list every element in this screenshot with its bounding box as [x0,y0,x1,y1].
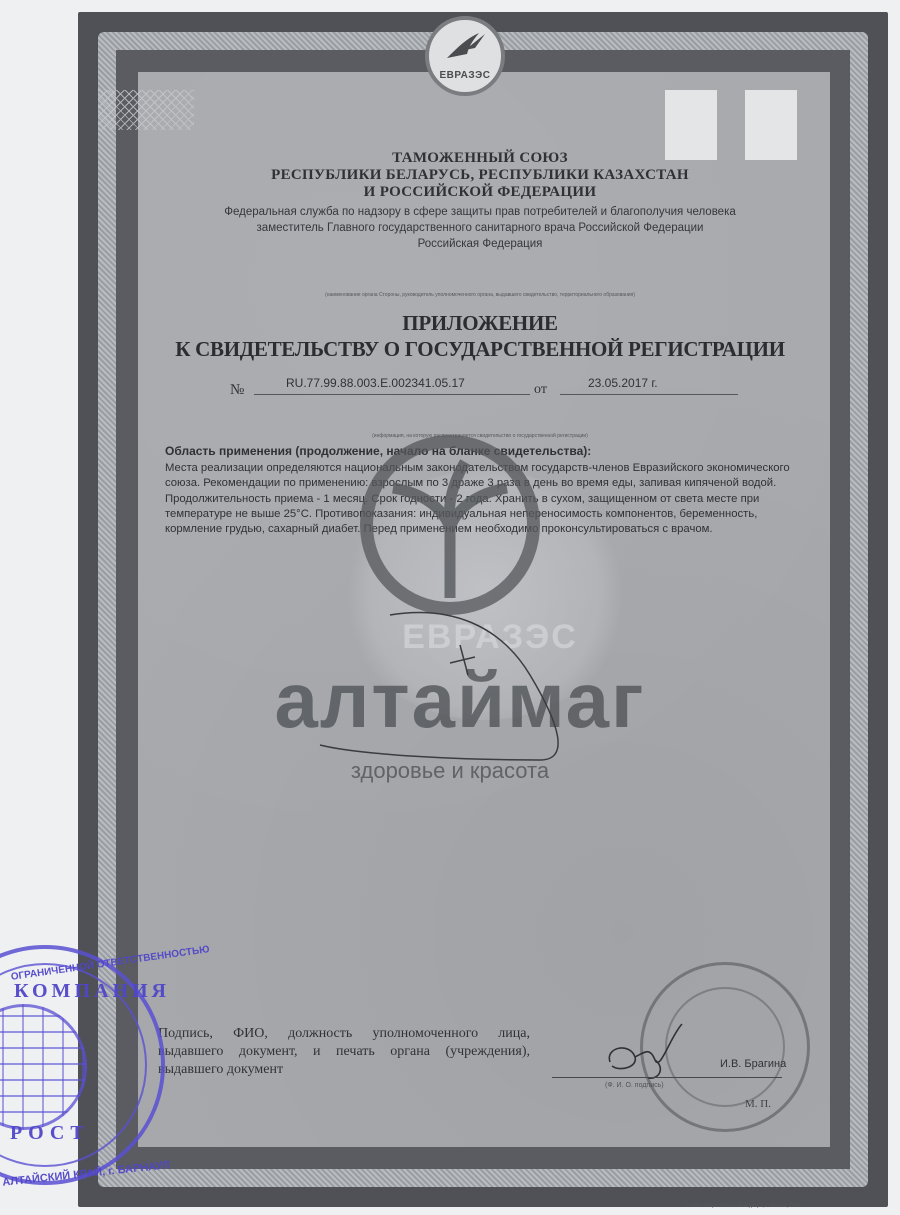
signer-name: И.В. Брагина [720,1058,786,1070]
registration-date: 23.05.2017 г. [588,376,658,390]
signature-caption: Подпись, ФИО, должность уполномоченного … [158,1025,530,1079]
stamp-name: РОСТ [10,1122,90,1145]
title-line: ПРИЛОЖЕНИЕ [150,310,810,336]
number-underline [254,394,530,395]
registration-caption: (информация, на которую распространяется… [150,433,810,439]
handwritten-signature-stroke [300,585,620,785]
number-label: № [230,382,244,399]
authority-line: Российская Федерация [150,236,810,252]
globe-icon [0,1004,87,1130]
emblem-label: ЕВРАЗЭС [429,70,501,81]
name-caption: (Ф. И. О. подпись) [605,1082,664,1089]
union-title-line: И РОССИЙСКОЙ ФЕДЕРАЦИИ [150,184,810,201]
authority-line: заместитель Главного государственного са… [150,220,810,236]
seal-mark: М. П. [745,1098,771,1110]
registration-row: № RU.77.99.88.003.Е.002341.05.17 от 23.0… [230,376,750,398]
date-underline [560,394,738,395]
authority-line: Федеральная служба по надзору в сфере за… [150,204,810,220]
signature-icon [600,1022,690,1082]
stamp-company-word: КОМПАНИЯ [14,980,170,1003]
issuing-authority: Федеральная служба по надзору в сфере за… [150,204,810,252]
date-label: от [534,382,547,398]
printer-info: © ООО «Первый печатный двор», г. Москва,… [685,1203,805,1209]
authority-caption: (наименование органа Стороны, руководите… [150,292,810,298]
union-title-line: РЕСПУБЛИКИ БЕЛАРУСЬ, РЕСПУБЛИКИ КАЗАХСТА… [150,167,810,184]
eurasec-emblem: ЕВРАЗЭС [425,16,505,96]
eurasec-bird-icon [445,30,487,60]
guilloche-pattern [98,90,194,130]
tree-logo-icon [373,448,527,602]
title-line: К СВИДЕТЕЛЬСТВУ О ГОСУДАРСТВЕННОЙ РЕГИСТ… [150,336,810,362]
signature-line [552,1077,782,1078]
registration-number: RU.77.99.88.003.Е.002341.05.17 [286,376,465,390]
union-title: ТАМОЖЕННЫЙ СОЮЗ РЕСПУБЛИКИ БЕЛАРУСЬ, РЕС… [150,150,810,201]
document-title: ПРИЛОЖЕНИЕ К СВИДЕТЕЛЬСТВУ О ГОСУДАРСТВЕ… [150,310,810,362]
union-title-line: ТАМОЖЕННЫЙ СОЮЗ [150,150,810,167]
